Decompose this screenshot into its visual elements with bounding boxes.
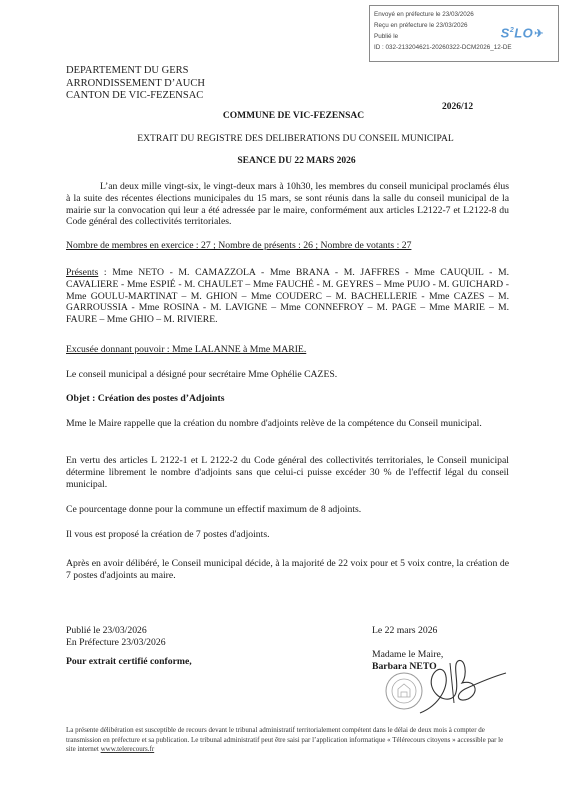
stamp-id-line: ID : 032-213204621-20260322-DCM2026_12-D… <box>374 42 554 53</box>
extrait-title: EXTRAIT DU REGISTRE DES DELIBERATIONS DU… <box>0 133 567 144</box>
publication-info: Publié le 23/03/2026 En Préfecture 23/03… <box>66 625 166 649</box>
presents-label: Présents <box>66 267 98 278</box>
paragraph: Il vous est proposé la création de 7 pos… <box>66 529 509 541</box>
object-heading: Objet : Création des postes d’Adjoints <box>66 393 509 405</box>
prefecture-stamp: Envoyé en préfecture le 23/03/2026 Reçu … <box>369 5 559 62</box>
prefecture-date: En Préfecture 23/03/2026 <box>66 637 166 649</box>
excused-line: Excusée donnant pouvoir : Mme LALANNE à … <box>66 344 509 356</box>
stamp-sent-line: Envoyé en préfecture le 23/03/2026 <box>374 9 554 20</box>
signature-icon <box>410 655 510 717</box>
presents-list: : Mme NETO - M. CAMAZZOLA - Mme BRANA - … <box>66 267 509 325</box>
presents-paragraph: Présents : Mme NETO - M. CAMAZZOLA - Mme… <box>66 267 509 326</box>
secretary-line: Le conseil municipal a désigné pour secr… <box>66 369 509 381</box>
signature-date: Le 22 mars 2026 <box>372 625 437 636</box>
seance-title: SEANCE DU 22 MARS 2026 <box>0 156 567 166</box>
canton: CANTON DE VIC-FEZENSAC <box>66 90 205 103</box>
administrative-header: DEPARTEMENT DU GERS ARRONDISSEMENT D’AUC… <box>66 65 205 103</box>
decision-paragraph: Après en avoir délibéré, le Conseil muni… <box>66 558 509 582</box>
paragraph: Mme le Maire rappelle que la création du… <box>66 418 509 430</box>
intro-paragraph: L’an deux mille vingt-six, le vingt-deux… <box>66 181 509 228</box>
plane-icon: ✈ <box>534 28 544 40</box>
certified-statement: Pour extrait certifié conforme, <box>66 656 192 667</box>
s2lo-logo: S2LO✈ <box>501 25 544 40</box>
legal-notice: La présente délibération est susceptible… <box>66 726 506 755</box>
paragraph: En vertu des articles L 2122-1 et L 2122… <box>66 455 509 490</box>
telerecours-link[interactable]: www.telerecours.fr <box>101 745 155 753</box>
published-date: Publié le 23/03/2026 <box>66 625 166 637</box>
commune-title: COMMUNE DE VIC-FEZENSAC <box>0 111 567 121</box>
arrondissement: ARRONDISSEMENT D’AUCH <box>66 78 205 91</box>
paragraph: Ce pourcentage donne pour la commune un … <box>66 504 509 516</box>
member-counts: Nombre de membres en exercice : 27 ; Nom… <box>66 240 509 252</box>
departement: DEPARTEMENT DU GERS <box>66 65 205 78</box>
